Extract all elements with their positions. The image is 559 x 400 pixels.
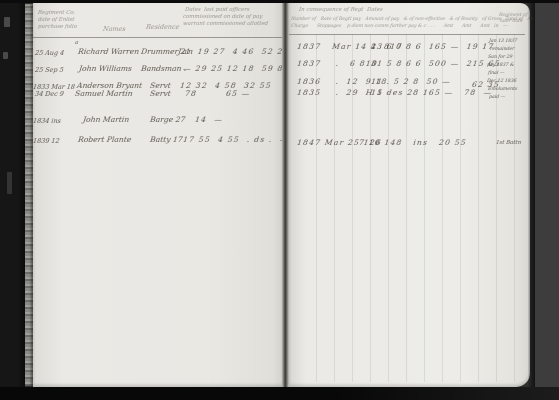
margin-note: pay 1837 &: [487, 63, 524, 68]
page-heading: Dates: [367, 7, 383, 13]
annotation-mark: a: [75, 40, 79, 46]
entry-name: John Martin: [82, 116, 129, 125]
entry-date: 25 Aug 4: [35, 50, 65, 57]
entry-rank: Bandsman .: [140, 65, 186, 74]
entry-date: 25 Sep 5: [35, 67, 64, 74]
entry-figures: 14 —: [194, 116, 223, 125]
photo-border-top: [0, 0, 559, 3]
margin-note: Jan 13 1837: [489, 39, 526, 44]
header-rule: [33, 37, 283, 38]
photo-background-left: [0, 0, 25, 400]
battalion-note: 1st Battn: [496, 140, 522, 146]
entry-date: 34 Dec 9: [35, 91, 65, 98]
column-heading: commissioned on date of pay: [183, 14, 263, 20]
column-heading: warrant commissioned allotted: [183, 21, 269, 27]
margin-note: Dec 12 1836: [487, 79, 524, 84]
entry-figures: 1837 . 6 810: [296, 60, 378, 69]
margin-note: San for 29: [488, 55, 525, 60]
entry-name: John Williams: [78, 65, 132, 74]
column-heading: date of Enlist: [38, 17, 75, 23]
entry-figures: 78 65 —: [184, 90, 251, 99]
page-edge-shadow: [528, 3, 535, 387]
entry-name: Richard Warren: [77, 48, 139, 57]
entry-name: Robert Plante: [77, 136, 131, 145]
column-heading: Regiment Co.: [38, 10, 76, 16]
entry-figures: Jan 19 27 4 46 52 24: [177, 48, 289, 57]
entry-name: Samuel Martin: [74, 90, 133, 99]
entry-figures: 11 . 5 2 8 50 —: [370, 78, 451, 87]
margin-note: paid —: [489, 95, 526, 100]
residence-column-heading: Residence: [146, 24, 180, 31]
ledger-right-page: In consequence of Regt Dates Number of R…: [289, 3, 530, 387]
scan-artifact: [7, 172, 12, 194]
corner-note: later date: [500, 19, 523, 24]
margin-note: remainder: [490, 47, 527, 52]
column-heading: Dates last paid officers: [185, 7, 250, 13]
margin-note: Emoluments: [488, 87, 525, 92]
entry-date: 1834 ins: [33, 118, 62, 125]
entry-figures: 7 10 148 ins 20 55: [358, 139, 467, 148]
entry-rank: Batty 17: [149, 136, 183, 145]
scanned-ledger-photo: Regiment Co. date of Enlist purchase fol…: [0, 0, 559, 400]
scan-artifact: [4, 17, 10, 27]
entry-figures: — 29 25 12 18 59 85: [182, 65, 290, 74]
entry-figures: 11 des 28 165 — 78 —: [370, 89, 492, 98]
ledger-left-page: Regiment Co. date of Enlist purchase fol…: [33, 3, 283, 387]
entry-figures: 17 55 4 55 . ds . —: [182, 136, 289, 145]
header-rule: [289, 34, 525, 35]
photo-background-right: [533, 0, 559, 400]
photo-border-bottom: [0, 387, 559, 400]
entry-rank: Barge 27: [149, 116, 185, 125]
corner-note: Regiment of: [499, 13, 528, 18]
entry-rank: Servt: [149, 90, 171, 99]
scan-artifact: [3, 52, 8, 59]
entry-figures: 23 6 7 8 6 165 — 19 17: [370, 43, 494, 52]
book-gutter: [282, 3, 289, 387]
column-heading: Charge Stoppages p diem non-comm further…: [291, 24, 508, 29]
page-heading: In consequence of Regt: [299, 7, 364, 13]
book-page-edges: [25, 4, 33, 386]
margin-note: final —: [488, 71, 525, 76]
entry-figures: 31 5 8 6 6 500 — 215 65: [370, 60, 500, 69]
names-column-heading: Names: [103, 26, 126, 33]
column-heading: purchase folio: [38, 24, 78, 30]
entry-date: 1839 12: [33, 138, 60, 145]
